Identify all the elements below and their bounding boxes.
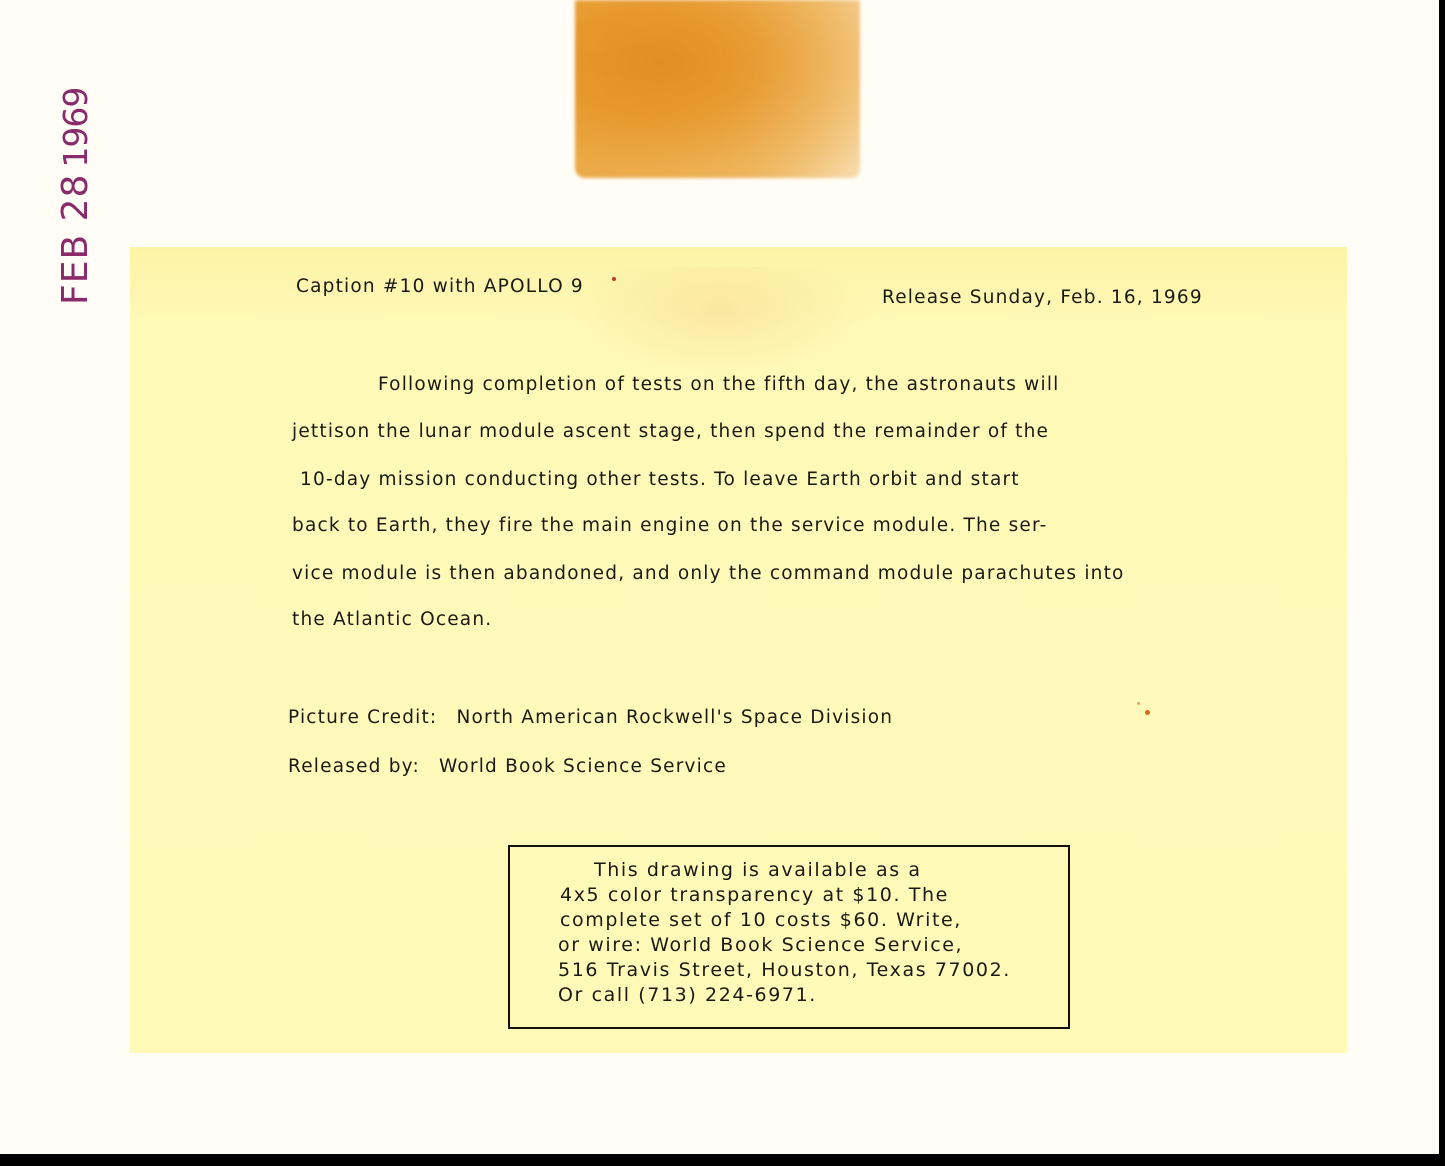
date-stamp-year: 1969 [56, 88, 95, 168]
order-line: 516 Travis Street, Houston, Texas 77002. [558, 959, 1011, 981]
body-line: the Atlantic Ocean. [292, 609, 492, 630]
stain-speck [1145, 710, 1150, 715]
order-line: complete set of 10 costs $60. Write, [560, 909, 962, 931]
released-by-value: World Book Science Service [439, 756, 727, 777]
order-line: or wire: World Book Science Service, [558, 934, 963, 956]
release-date: Release Sunday, Feb. 16, 1969 [882, 287, 1203, 308]
order-line: This drawing is available as a [594, 859, 922, 881]
order-info-box: This drawing is available as a 4x5 color… [508, 845, 1070, 1029]
released-by: Released by: World Book Science Service [288, 756, 727, 777]
ink-speck [612, 277, 616, 281]
tape-stain [575, 0, 860, 178]
body-line: back to Earth, they fire the main engine… [292, 515, 1048, 536]
picture-credit-label: Picture Credit: [288, 707, 437, 728]
caption-number: Caption #10 with APOLLO 9 [296, 276, 584, 297]
caption-slip: Caption #10 with APOLLO 9 Release Sunday… [130, 247, 1347, 1053]
date-stamp-day: FEB 28 [55, 174, 96, 305]
order-line: Or call (713) 224-6971. [558, 984, 817, 1006]
body-line: Following completion of tests on the fif… [378, 374, 1060, 395]
body-line: 10-day mission conducting other tests. T… [300, 469, 1020, 490]
picture-credit-value: North American Rockwell's Space Division [456, 707, 893, 728]
photo-back-sheet: FEB 281969 Caption #10 with APOLLO 9 Rel… [0, 0, 1442, 1160]
date-stamp: FEB 281969 [58, 88, 94, 305]
released-by-label: Released by: [288, 756, 420, 777]
glue-mark [570, 267, 870, 377]
body-line: vice module is then abandoned, and only … [292, 563, 1125, 584]
body-line: jettison the lunar module ascent stage, … [292, 421, 1049, 442]
stain-speck [1137, 702, 1140, 705]
order-line: 4x5 color transparency at $10. The [560, 884, 949, 906]
picture-credit: Picture Credit: North American Rockwell'… [288, 707, 893, 728]
